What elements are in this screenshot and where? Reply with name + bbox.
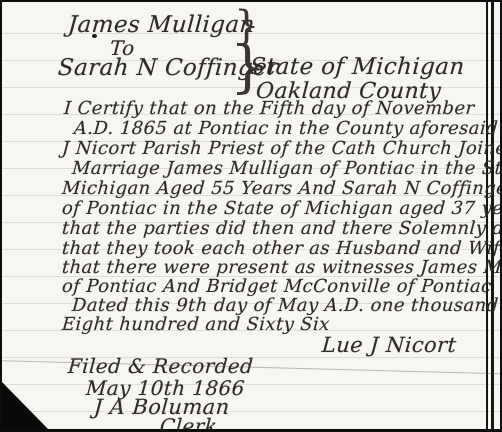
marriage-record-page: James Mulligan } To Sarah N Coffinger } … [0,0,502,432]
filed-recorded-line: Filed & Recorded [67,354,254,378]
page-corner-fold-artifact [2,382,48,429]
body-line: Marriage James Mulligan of Pontiac in th… [71,158,502,179]
clerk-title: Clerk [159,414,218,432]
body-line: J Nicort Parish Priest of the Cath Churc… [61,138,502,159]
body-line: Eight hundred and Sixty Six [61,314,330,335]
body-line: of Pontiac in the State of Michigan aged… [61,198,502,219]
body-line: I Certify that on the Fifth day of Novem… [63,98,475,119]
body-line: that the parties did then and there Sole… [61,218,502,239]
groom-name: James Mulligan [67,12,256,38]
body-line: that they took each other as Husband and… [61,238,502,259]
body-line: Michigan Aged 55 Years And Sarah N Coffi… [61,178,502,199]
body-line: that there were present as witnesses Jam… [61,257,502,278]
body-line: A.D. 1865 at Pontiac in the County afore… [73,118,502,139]
jurisdiction-state: State of Michigan [249,54,465,80]
body-line: of Pontiac And Bridget McConville of Pon… [61,276,492,297]
officiant-signature: Lue J Nicort [321,333,457,357]
body-line: Dated this 9th day of May A.D. one thous… [71,295,499,316]
